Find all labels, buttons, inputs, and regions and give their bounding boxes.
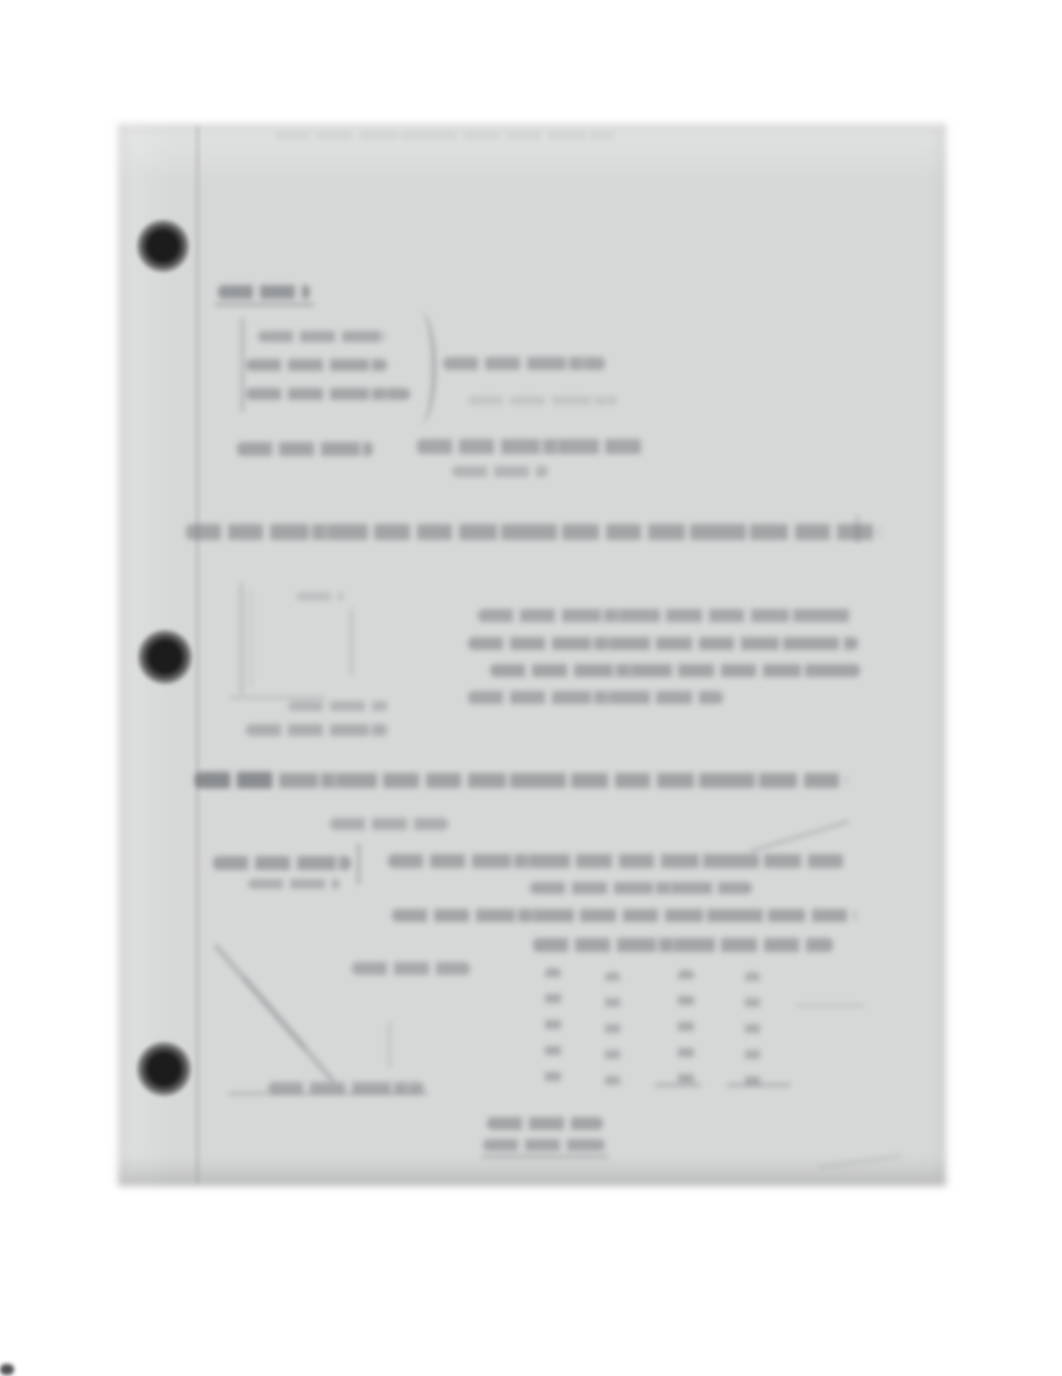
table-header-row-ink xyxy=(533,938,833,952)
heading-word-ink xyxy=(218,285,310,299)
left-figure-baseline-ink xyxy=(230,696,326,699)
table-row-dash-2-ink xyxy=(727,1083,791,1087)
graph-label-ink xyxy=(352,962,470,975)
section-label-2-ink xyxy=(248,879,340,889)
note-line-1b-ink xyxy=(417,439,643,454)
table-column-1-ink xyxy=(545,968,561,1096)
list-closing-paren-ink xyxy=(404,312,436,424)
paragraph-line-2-ink xyxy=(468,637,858,650)
table-column-4-ink xyxy=(745,972,760,1094)
graph-extra-stroke-ink xyxy=(388,1022,391,1068)
table-column-2-ink xyxy=(605,972,620,1094)
paragraph-line-1-ink xyxy=(478,609,852,622)
note-line-2-tick-ink xyxy=(856,516,859,543)
bottom-right-faint-diag-ink xyxy=(818,1154,903,1169)
list-line-2-ink xyxy=(246,359,388,371)
section-line-3-ink xyxy=(392,909,856,922)
note-line-3-sub-ink xyxy=(330,818,448,830)
caption-line-2-ink xyxy=(483,1139,605,1151)
left-figure-ticks-ink xyxy=(296,592,344,601)
up-diagonal-mark-ink xyxy=(750,820,850,853)
note-line-2-ink xyxy=(186,524,880,540)
corner-artifact-ink xyxy=(0,1364,14,1375)
left-figure-vline-2-ink xyxy=(250,589,252,689)
note-line-1a-ink xyxy=(237,442,373,456)
top-edge-smudge-ink xyxy=(275,132,615,140)
left-figure-vline-3-ink xyxy=(350,608,353,676)
scanned-document-canvas xyxy=(0,0,1062,1376)
list-side-annotation-ink xyxy=(443,357,605,370)
table-column-3-ink xyxy=(678,970,694,1096)
caption-line-1-ink xyxy=(487,1117,603,1130)
list-side-faint-line-ink xyxy=(468,396,618,405)
left-figure-caption-1-ink xyxy=(288,701,388,711)
note-line-1c-ink xyxy=(452,466,548,477)
note-line-3-start-ink xyxy=(195,771,277,788)
graph-curve-second-ink xyxy=(242,976,307,1050)
table-row-dash-1-ink xyxy=(655,1083,701,1087)
heading-underline-ink xyxy=(215,303,314,306)
paragraph-line-3-ink xyxy=(490,664,860,677)
caption-underline-ink xyxy=(481,1155,609,1158)
section-divider-ink xyxy=(357,843,360,885)
list-bracket-left-ink xyxy=(241,318,244,412)
list-line-3-ink xyxy=(246,388,410,400)
section-line-1-ink xyxy=(388,854,846,868)
note-line-3-ink xyxy=(195,773,847,788)
table-right-dash-ink xyxy=(795,1004,865,1007)
graph-axis-label-ink xyxy=(268,1082,424,1094)
section-label-1-ink xyxy=(213,856,351,870)
list-line-1-ink xyxy=(258,331,386,342)
section-line-2-ink xyxy=(530,882,752,894)
paragraph-line-4-ink xyxy=(468,691,723,704)
left-figure-vline-1-ink xyxy=(240,583,243,695)
left-figure-caption-2-ink xyxy=(246,724,388,736)
handwriting-layer xyxy=(0,0,1062,1376)
